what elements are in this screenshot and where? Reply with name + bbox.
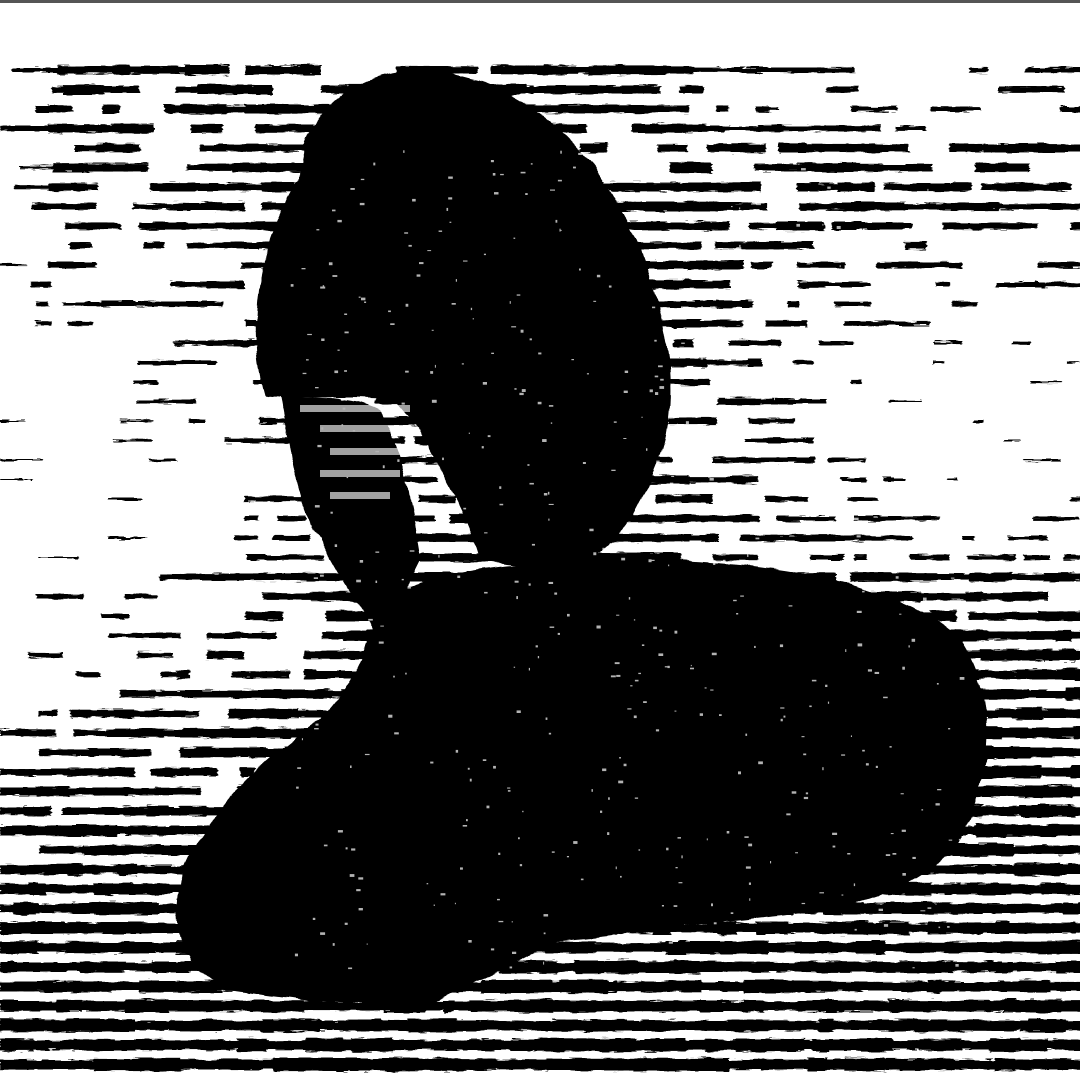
halftone-portrait xyxy=(0,0,1080,1080)
